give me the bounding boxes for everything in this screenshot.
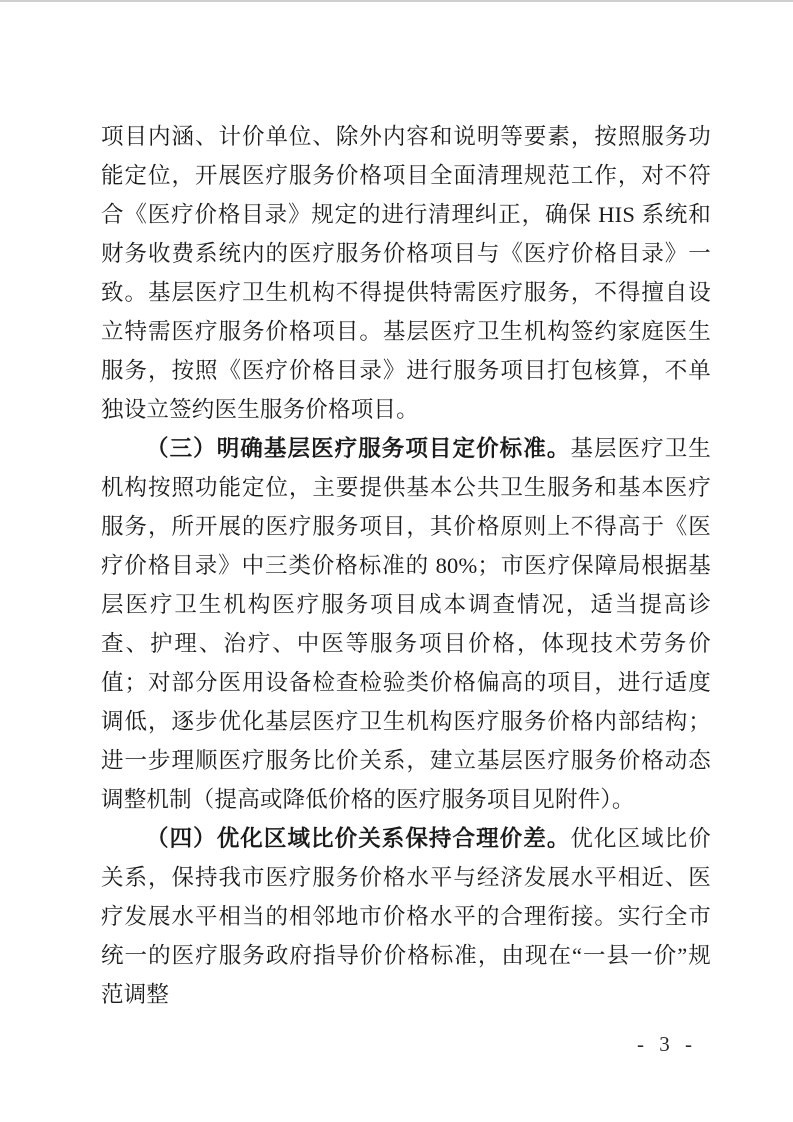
- paragraph-section-3: （三）明确基层医疗服务项目定价标准。基层医疗卫生机构按照功能定位，主要提供基本公…: [101, 429, 711, 819]
- page-top-edge: [0, 0, 793, 2]
- document-page: 项目内涵、计价单位、除外内容和说明等要素，按照服务功能定位，开展医疗服务价格项目…: [0, 0, 793, 1122]
- paragraph-body: 项目内涵、计价单位、除外内容和说明等要素，按照服务功能定位，开展医疗服务价格项目…: [101, 124, 711, 422]
- section-4-body: 优化区域比价关系，保持我市医疗服务价格水平与经济发展水平相近、医疗发展水平相当的…: [101, 826, 711, 1007]
- page-number: - 3 -: [637, 1031, 697, 1057]
- section-3-heading: （三）明确基层医疗服务项目定价标准。: [146, 436, 570, 461]
- section-3-body: 基层医疗卫生机构按照功能定位，主要提供基本公共卫生服务和基本医疗服务，所开展的医…: [101, 436, 711, 812]
- document-text-block: 项目内涵、计价单位、除外内容和说明等要素，按照服务功能定位，开展医疗服务价格项目…: [101, 117, 711, 1014]
- paragraph-section-4: （四）优化区域比价关系保持合理价差。优化区域比价关系，保持我市医疗服务价格水平与…: [101, 819, 711, 1014]
- section-4-heading: （四）优化区域比价关系保持合理价差。: [146, 826, 570, 851]
- paragraph-continuation: 项目内涵、计价单位、除外内容和说明等要素，按照服务功能定位，开展医疗服务价格项目…: [101, 117, 711, 429]
